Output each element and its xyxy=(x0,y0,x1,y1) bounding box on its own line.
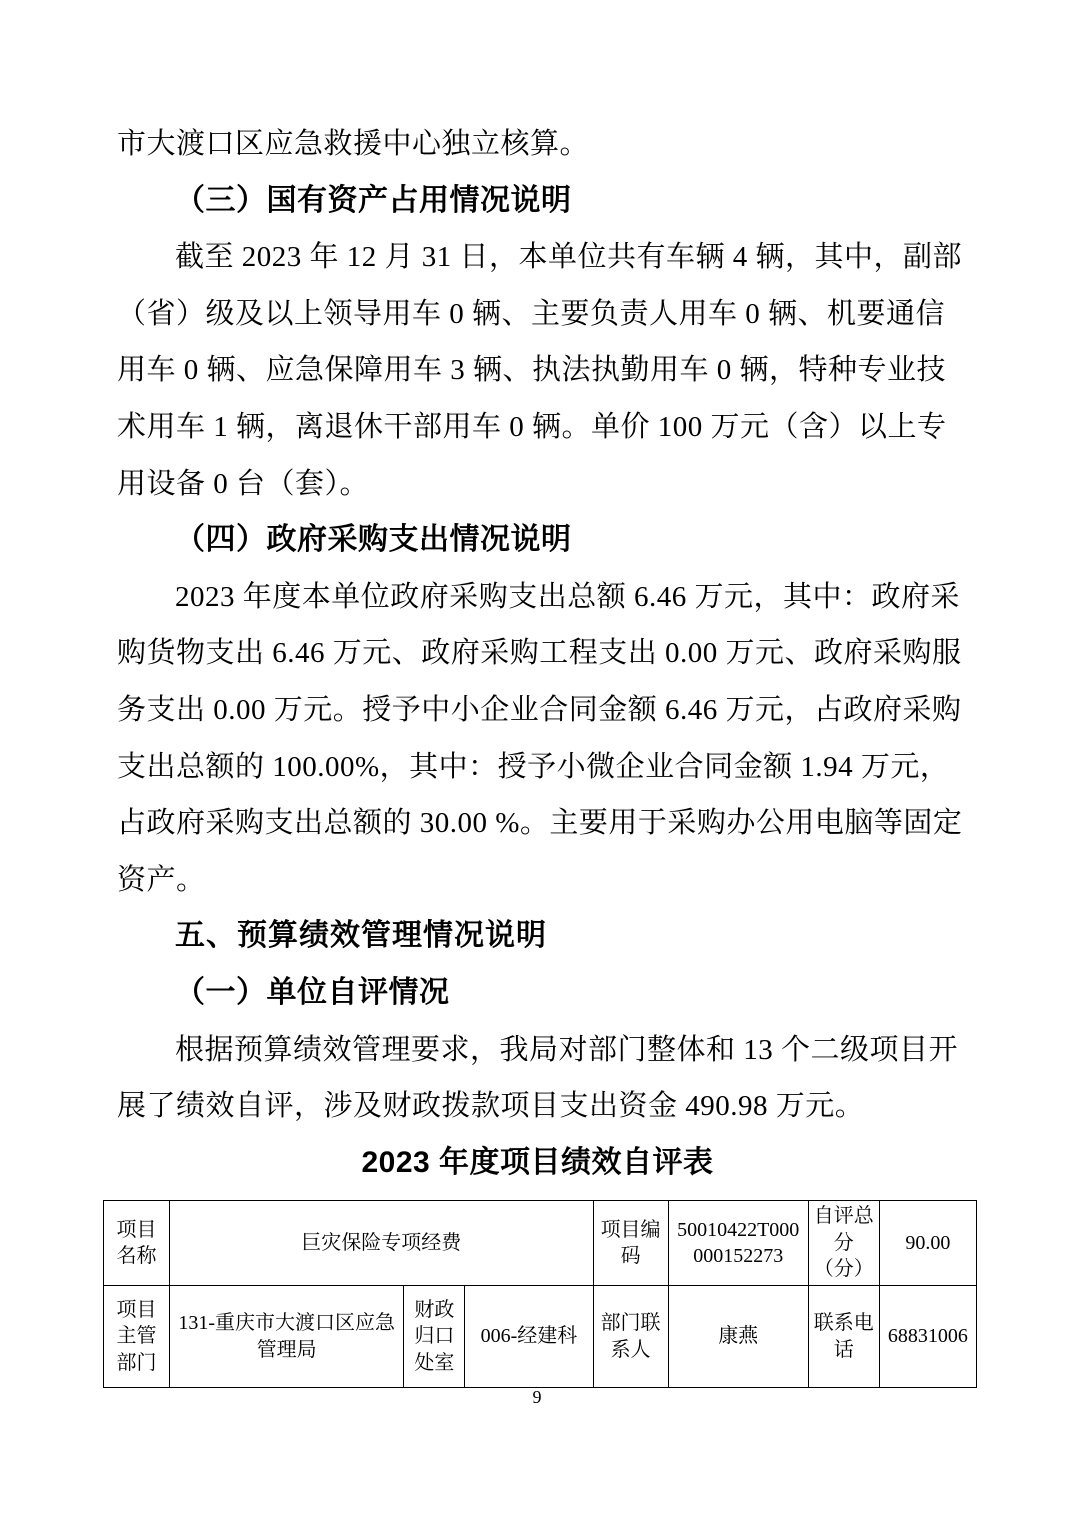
section-5-heading: 五、预算绩效管理情况说明 xyxy=(117,908,958,965)
paragraph-continuation-line: 市大渡口区应急救援中心独立核算。 xyxy=(117,116,958,173)
cell-phone-value: 68831006 xyxy=(879,1286,976,1388)
cell-contact-label: 部门联系人 xyxy=(593,1286,668,1388)
table-row: 项目名称 巨灾保险专项经费 项目编码 50010422T000000152273… xyxy=(104,1201,977,1286)
section-5-sub-heading: （一）单位自评情况 xyxy=(117,965,958,1022)
cell-project-name-value: 巨灾保险专项经费 xyxy=(170,1201,593,1286)
section-3-line: 用车 0 辆、应急保障用车 3 辆、执法执勤用车 0 辆，特种专业技 xyxy=(117,342,958,399)
section-4-heading: （四）政府采购支出情况说明 xyxy=(117,512,958,569)
page-number: 9 xyxy=(0,1383,1074,1411)
cell-project-code-value: 50010422T000000152273 xyxy=(668,1201,808,1286)
cell-finance-office-value: 006-经建科 xyxy=(465,1286,593,1388)
cell-project-name-label: 项目名称 xyxy=(104,1201,170,1286)
cell-self-score-label: 自评总分（分） xyxy=(808,1201,879,1286)
section-4-line: 支出总额的 100.00%，其中：授予小微企业合同金额 1.94 万元， xyxy=(117,739,958,796)
section-5-line: 根据预算绩效管理要求，我局对部门整体和 13 个二级项目开 xyxy=(117,1022,958,1079)
section-4-line: 2023 年度本单位政府采购支出总额 6.46 万元，其中：政府采 xyxy=(117,569,958,626)
cell-self-score-value: 90.00 xyxy=(879,1201,976,1286)
section-3-heading: （三）国有资产占用情况说明 xyxy=(117,173,958,230)
cell-contact-value: 康燕 xyxy=(668,1286,808,1388)
cell-phone-label: 联系电话 xyxy=(808,1286,879,1388)
section-3-line: 用设备 0 台（套）。 xyxy=(117,456,958,513)
cell-finance-office-label: 财政归口处室 xyxy=(404,1286,465,1388)
cell-dept-value: 131-重庆市大渡口区应急管理局 xyxy=(170,1286,404,1388)
section-4-line: 资产。 xyxy=(117,852,958,909)
section-4-line: 务支出 0.00 万元。授予中小企业合同金额 6.46 万元，占政府采购 xyxy=(117,682,958,739)
table-row: 项目主管部门 131-重庆市大渡口区应急管理局 财政归口处室 006-经建科 部… xyxy=(104,1286,977,1388)
section-5-line: 展了绩效自评，涉及财政拨款项目支出资金 490.98 万元。 xyxy=(117,1078,958,1135)
document-page: 市大渡口区应急救援中心独立核算。 （三）国有资产占用情况说明 截至 2023 年… xyxy=(0,0,1074,1520)
cell-project-code-label: 项目编码 xyxy=(593,1201,668,1286)
section-4-line: 购货物支出 6.46 万元、政府采购工程支出 0.00 万元、政府采购服 xyxy=(117,625,958,682)
section-4-line: 占政府采购支出总额的 30.00 %。主要用于采购办公用电脑等固定 xyxy=(117,795,958,852)
performance-self-evaluation-table: 项目名称 巨灾保险专项经费 项目编码 50010422T000000152273… xyxy=(103,1200,977,1388)
body-text: 市大渡口区应急救援中心独立核算。 （三）国有资产占用情况说明 截至 2023 年… xyxy=(117,116,958,1191)
table-title: 2023 年度项目绩效自评表 xyxy=(117,1135,958,1192)
section-3-line: 术用车 1 辆，离退休干部用车 0 辆。单价 100 万元（含）以上专 xyxy=(117,399,958,456)
cell-dept-label: 项目主管部门 xyxy=(104,1286,170,1388)
section-3-line: （省）级及以上领导用车 0 辆、主要负责人用车 0 辆、机要通信 xyxy=(117,286,958,343)
section-3-line: 截至 2023 年 12 月 31 日，本单位共有车辆 4 辆，其中，副部 xyxy=(117,229,958,286)
